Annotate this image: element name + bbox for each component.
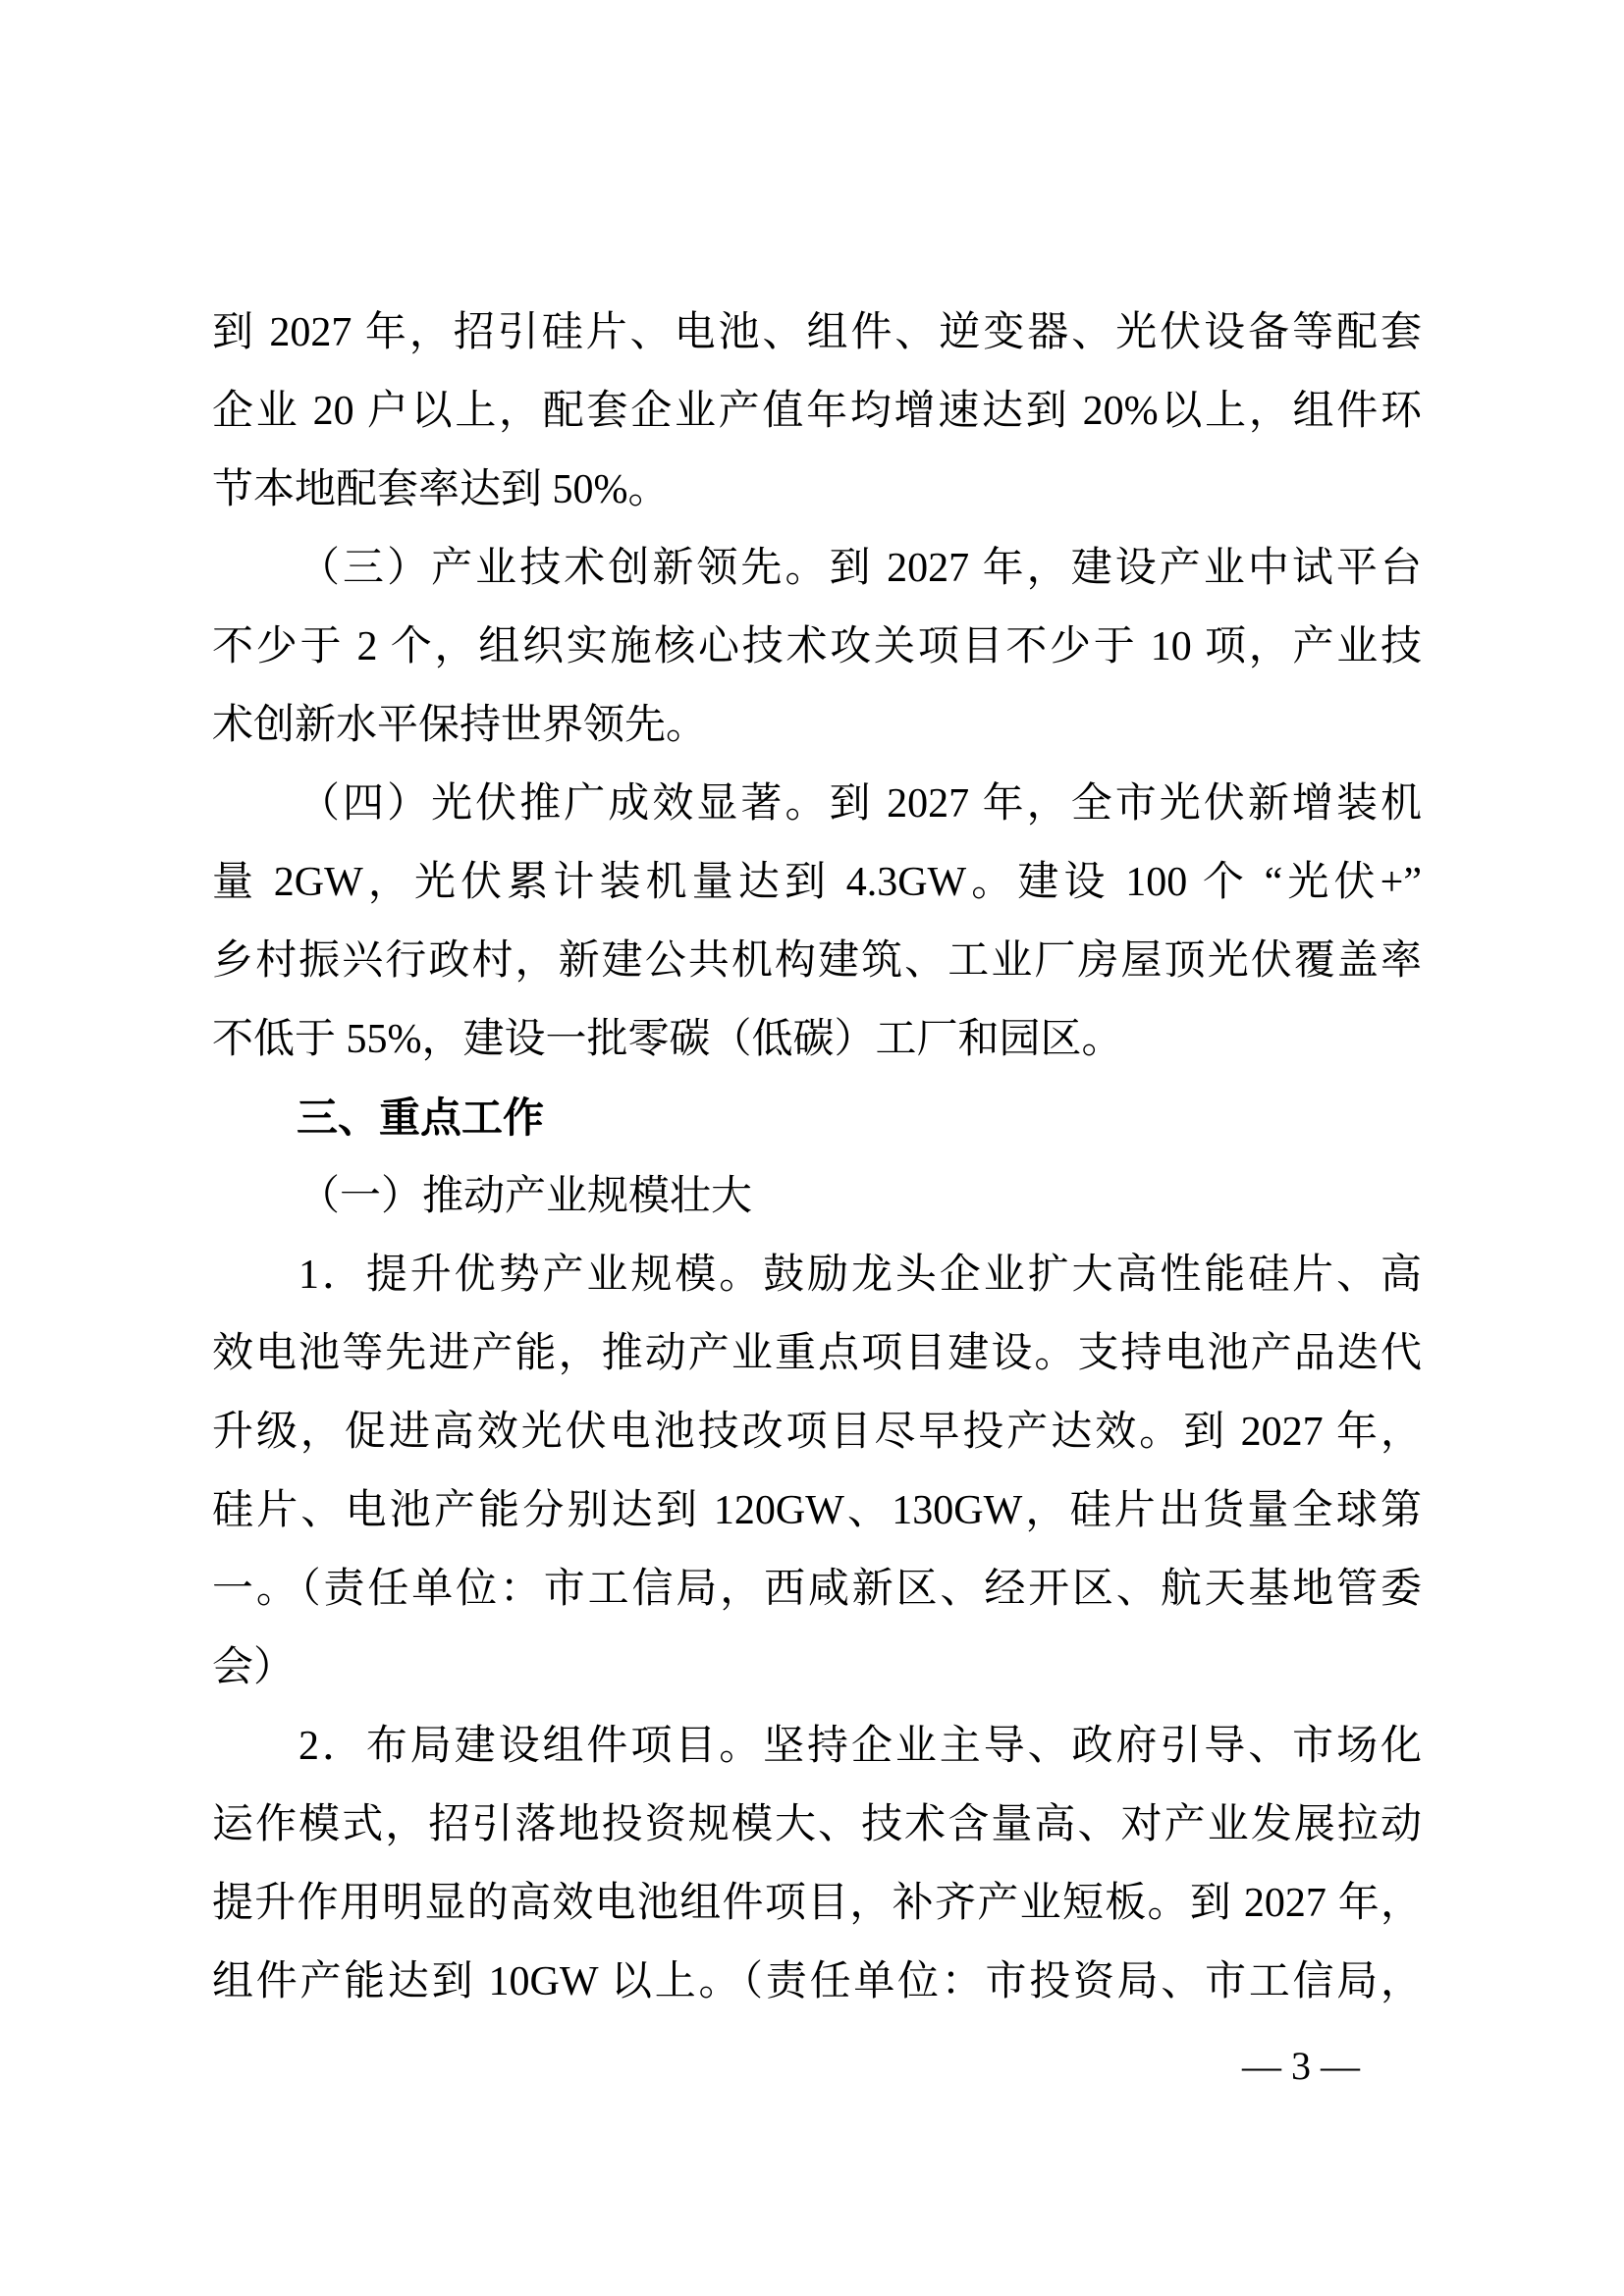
paragraph-line: 节本地配套率达到 50%。 [212,460,1422,519]
item-line: 运作模式，招引落地投资规模大、技术含量高、对产业发展拉动 [212,1795,1422,1854]
paragraph-line: 到 2027 年，招引硅片、电池、组件、逆变器、光伏设备等配套 [212,303,1422,362]
paragraph-line: 不低于 55%，建设一批零碳（低碳）工厂和园区。 [212,1010,1422,1069]
paragraph-line: 术创新水平保持世界领先。 [212,696,1422,755]
item-line: 升级，促进高效光伏电池技改项目尽早投产达效。到 2027 年， [212,1403,1422,1462]
paragraph-line: 企业 20 户以上，配套企业产值年均增速达到 20%以上，组件环 [212,382,1422,441]
item-line: 一。（责任单位：市工信局，西咸新区、经开区、航天基地管委 [212,1560,1422,1619]
document-page: 到 2027 年，招引硅片、电池、组件、逆变器、光伏设备等配套 企业 20 户以… [0,0,1624,2296]
item-line: 1．提升优势产业规模。鼓励龙头企业扩大高性能硅片、高 [298,1246,1422,1305]
paragraph-line: （三）产业技术创新领先。到 2027 年，建设产业中试平台 [298,539,1422,598]
item-line: 2．布局建设组件项目。坚持企业主导、政府引导、市场化 [298,1717,1422,1776]
item-line: 效电池等先进产能，推动产业重点项目建设。支持电池产品迭代 [212,1324,1422,1383]
section-heading: 三、重点工作 [297,1089,544,1148]
paragraph-line: 乡村振兴行政村，新建公共机构建筑、工业厂房屋顶光伏覆盖率 [212,932,1422,990]
item-line: 会） [212,1638,1422,1697]
item-line: 提升作用明显的高效电池组件项目，补齐产业短板。到 2027 年， [212,1874,1422,1933]
page-number: — 3 — [1227,2042,1375,2091]
paragraph-line: 不少于 2 个，组织实施核心技术攻关项目不少于 10 项，产业技 [212,617,1422,676]
item-line: 组件产能达到 10GW 以上。（责任单位：市投资局、市工信局， [212,1952,1422,2011]
item-line: 硅片、电池产能分别达到 120GW、130GW，硅片出货量全球第 [212,1481,1422,1540]
subsection-heading: （一）推动产业规模壮大 [298,1167,752,1226]
paragraph-line: 量 2GW，光伏累计装机量达到 4.3GW。建设 100 个 “光伏+” [212,853,1422,912]
paragraph-line: （四）光伏推广成效显著。到 2027 年，全市光伏新增装机 [298,774,1422,833]
